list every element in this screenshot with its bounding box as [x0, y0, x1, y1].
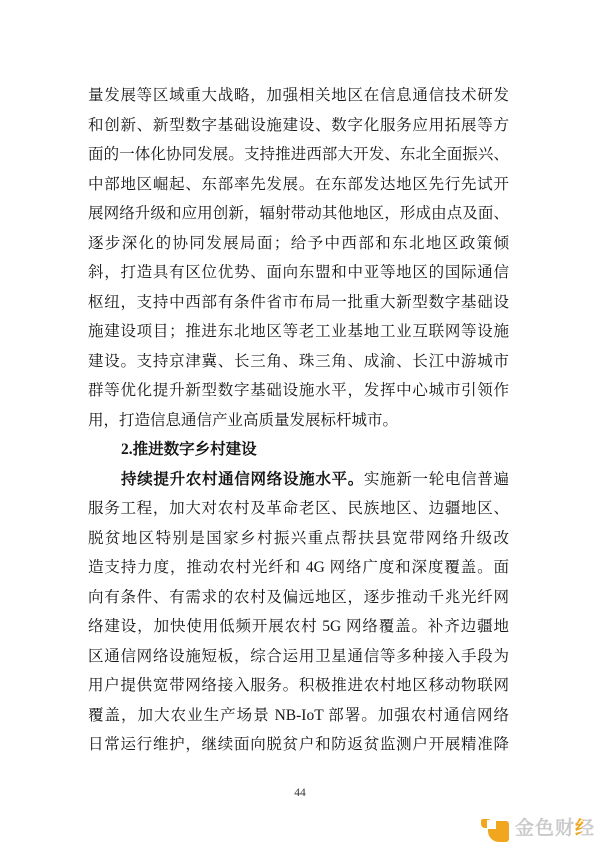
text-segment: 2.推进数字乡村建设: [121, 441, 257, 458]
text-line: 群等优化提升新型数字基础设施水平，发挥中心城市引领作: [88, 376, 509, 406]
watermark-text: 金色财经: [515, 815, 595, 842]
text-line: 施建设项目；推进东北地区等老工业基地工业互联网等设施: [88, 317, 509, 347]
text-line: 展网络升级和应用创新，辐射带动其他地区，形成由点及面、: [88, 199, 509, 229]
text-segment: 实施新一轮电信普遍: [364, 471, 509, 488]
text-segment: 脱贫地区特别是国家乡村振兴重点帮扶县宽带网络升级改: [88, 530, 509, 547]
text-line: 脱贫地区特别是国家乡村振兴重点帮扶县宽带网络升级改: [88, 524, 509, 554]
text-segment: 向有条件、有需求的农村及偏远地区，逐步推动千兆光纤网: [88, 589, 509, 606]
text-block: 量发展等区域重大战略，加强相关地区在信息通信技术研发和创新、新型数字基础设施建设…: [88, 81, 509, 760]
text-segment: 群等优化提升新型数字基础设施水平，发挥中心城市引领作: [88, 382, 509, 399]
text-line: 和创新、新型数字基础设施建设、数字化服务应用拓展等方: [88, 111, 509, 141]
text-segment: 服务工程，加大对农村及革命老区、民族地区、边疆地区、: [88, 500, 509, 517]
text-line: 量发展等区域重大战略，加强相关地区在信息通信技术研发: [88, 81, 509, 111]
text-segment: 和创新、新型数字基础设施建设、数字化服务应用拓展等方: [88, 117, 509, 134]
text-line: 造支持力度，推动农村光纤和 4G 网络广度和深度覆盖。面: [88, 553, 509, 583]
text-line: 2.推进数字乡村建设: [88, 435, 509, 465]
text-segment: 区通信网络设施短板，综合运用卫星通信等多种接入手段为: [88, 648, 509, 665]
watermark-text-main: 金色财: [515, 818, 575, 839]
jinse-logo-icon: [481, 815, 509, 842]
text-segment: 斜，打造具有区位优势、面向东盟和中亚等地区的国际通信: [88, 264, 509, 281]
page-number: 44: [0, 787, 600, 799]
text-line: 日常运行维护，继续面向脱贫户和防返贫监测户开展精准降: [88, 730, 509, 760]
text-segment: 建设。支持京津冀、长三角、珠三角、成渝、长江中游城市: [88, 353, 509, 370]
text-segment: 逐步深化的协同发展局面；给予中西部和东北地区政策倾: [88, 235, 509, 252]
text-segment: 日常运行维护，继续面向脱贫户和防返贫监测户开展精准降: [88, 736, 509, 753]
text-line: 区通信网络设施短板，综合运用卫星通信等多种接入手段为: [88, 642, 509, 672]
text-segment: 络建设，加快使用低频开展农村 5G 网络覆盖。补齐边疆地: [88, 618, 509, 635]
text-line: 枢纽，支持中西部有条件省市布局一批重大新型数字基础设: [88, 288, 509, 318]
text-segment: 造支持力度，推动农村光纤和 4G 网络广度和深度覆盖。面: [88, 559, 509, 576]
watermark-text-accent: 经: [575, 818, 595, 839]
text-line: 用户提供宽带网络接入服务。积极推进农村地区移动物联网: [88, 671, 509, 701]
text-segment: 用，打造信息通信产业高质量发展标杆城市。: [88, 412, 398, 429]
text-segment: 中部地区崛起、东部率先发展。在东部发达地区先行先试开: [88, 176, 509, 193]
text-segment: 持续提升农村通信网络设施水平。: [121, 471, 364, 488]
text-line: 用，打造信息通信产业高质量发展标杆城市。: [88, 406, 509, 436]
text-segment: 用户提供宽带网络接入服务。积极推进农村地区移动物联网: [88, 677, 509, 694]
text-line: 络建设，加快使用低频开展农村 5G 网络覆盖。补齐边疆地: [88, 612, 509, 642]
text-line: 逐步深化的协同发展局面；给予中西部和东北地区政策倾: [88, 229, 509, 259]
text-segment: 枢纽，支持中西部有条件省市布局一批重大新型数字基础设: [88, 294, 509, 311]
text-line: 持续提升农村通信网络设施水平。实施新一轮电信普遍: [88, 465, 509, 495]
text-line: 服务工程，加大对农村及革命老区、民族地区、边疆地区、: [88, 494, 509, 524]
text-line: 覆盖，加大农业生产场景 NB-IoT 部署。加强农村通信网络: [88, 701, 509, 731]
text-line: 建设。支持京津冀、长三角、珠三角、成渝、长江中游城市: [88, 347, 509, 377]
text-line: 中部地区崛起、东部率先发展。在东部发达地区先行先试开: [88, 170, 509, 200]
logo-notch: [487, 820, 496, 829]
text-segment: 量发展等区域重大战略，加强相关地区在信息通信技术研发: [88, 87, 509, 104]
watermark: 金色财经: [481, 815, 595, 842]
text-line: 斜，打造具有区位优势、面向东盟和中亚等地区的国际通信: [88, 258, 509, 288]
text-segment: 施建设项目；推进东北地区等老工业基地工业互联网等设施: [88, 323, 509, 340]
document-page: 量发展等区域重大战略，加强相关地区在信息通信技术研发和创新、新型数字基础设施建设…: [0, 0, 600, 848]
text-segment: 覆盖，加大农业生产场景 NB-IoT 部署。加强农村通信网络: [88, 707, 509, 724]
text-segment: 展网络升级和应用创新，辐射带动其他地区，形成由点及面、: [88, 205, 509, 222]
text-line: 向有条件、有需求的农村及偏远地区，逐步推动千兆光纤网: [88, 583, 509, 613]
text-segment: 面的一体化协同发展。支持推进西部大开发、东北全面振兴、: [88, 146, 509, 163]
text-line: 面的一体化协同发展。支持推进西部大开发、东北全面振兴、: [88, 140, 509, 170]
